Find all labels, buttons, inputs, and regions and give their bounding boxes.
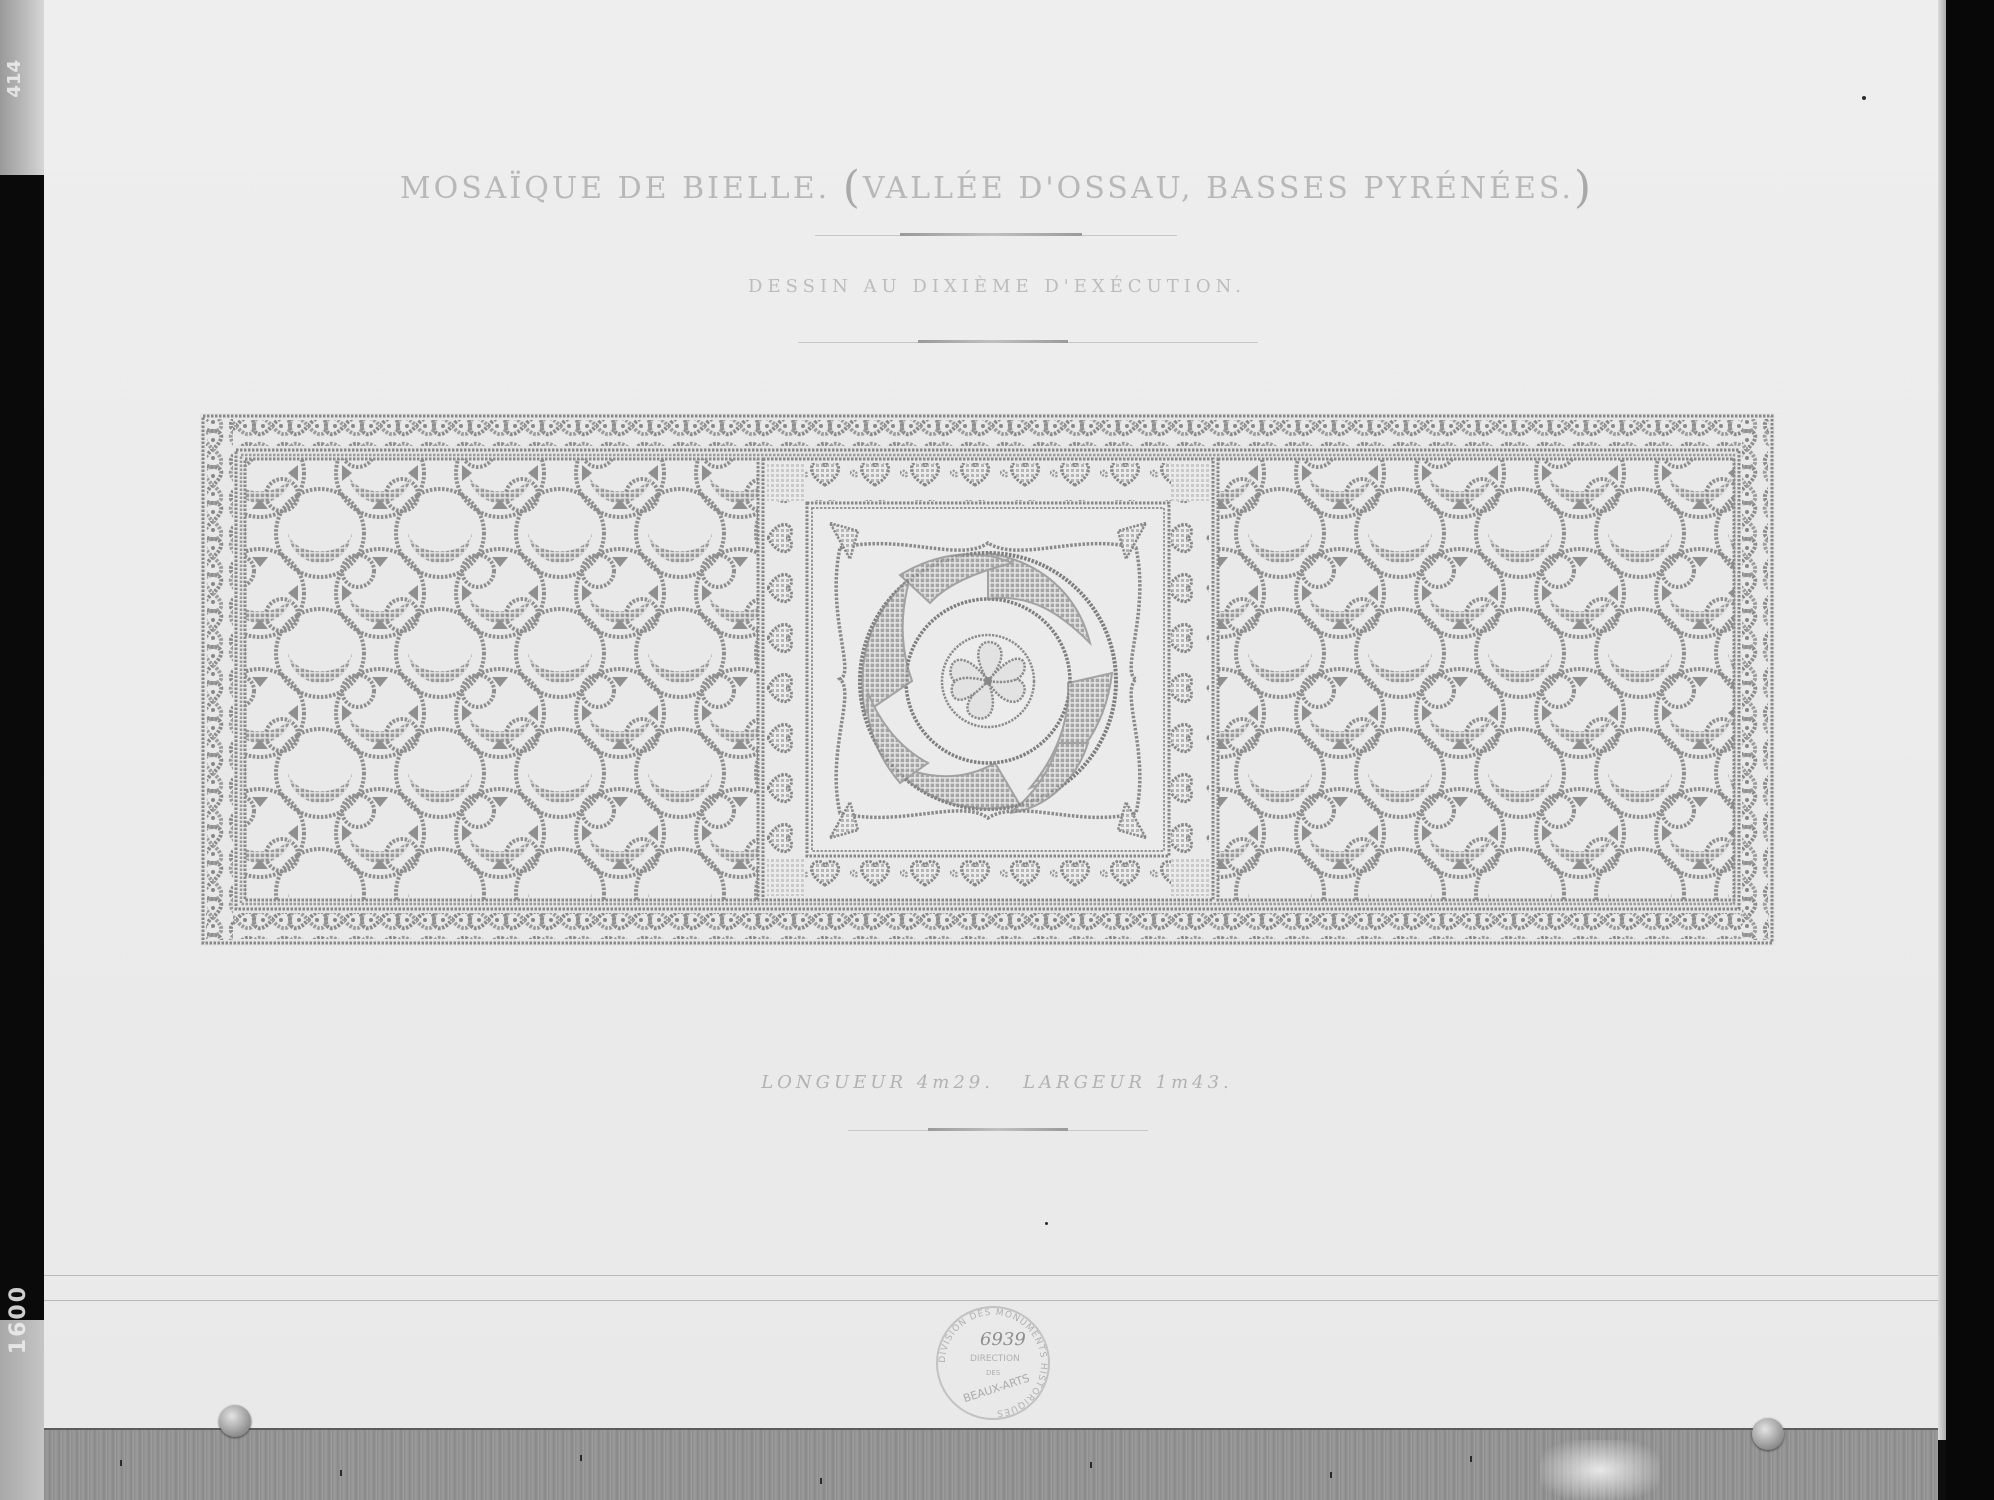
dust-speck [1330,1472,1332,1478]
dust-speck [1470,1456,1472,1462]
archive-stamp: DIVISION DES MONUMENTS HISTORIQUES 6939 … [918,1303,1068,1423]
guilloche-top [206,420,1769,446]
width-value: 1m43. [1156,1072,1233,1093]
width-label: LARGEUR [1023,1072,1146,1093]
plate-subtitle: DESSIN AU DIXIÈME D'EXÉCUTION. [0,276,1994,297]
right-film-border [1946,0,1994,1500]
subtitle-rule-thick [918,340,1068,343]
mosaic-drawing [200,413,1775,946]
length-value: 4m29. [917,1072,994,1093]
left-pelta-field [245,459,758,900]
guilloche-right [1742,419,1768,940]
guilloche-bottom [206,913,1769,939]
mount-pin-right [1752,1418,1784,1450]
length-label: LONGUEUR [761,1072,907,1093]
left-film-border [0,175,44,1325]
title-paren-close: ) [1574,162,1594,213]
title-right: VALLÉE D'OSSAU, BASSES PYRÉNÉES. [863,171,1574,206]
dust-speck [1862,96,1866,100]
stamp-number: 6939 [980,1329,1026,1350]
left-tab-number: 414 [4,60,40,98]
right-pelta-field [1218,459,1734,900]
dims-rule-thick [928,1128,1068,1131]
dust-speck [120,1460,122,1466]
dust-speck [340,1470,342,1476]
dust-speck [1090,1462,1092,1468]
left-index-tab: 414 [0,0,44,175]
bottom-tab-number: 1600 [6,1285,31,1354]
stamp-des: DES [986,1369,1001,1377]
mount-pin-left [219,1405,251,1437]
guilloche-left [207,419,233,940]
stamp-direction: DIRECTION [970,1354,1020,1364]
title-paren-open: ( [843,162,863,213]
center-emblem-panel [763,459,1213,900]
title-left: MOSAÏQUE DE BIELLE. [400,171,830,206]
title-rule-thick [900,233,1082,236]
dust-speck [580,1455,582,1461]
light-flare [1540,1440,1660,1500]
plate-title: MOSAÏQUE DE BIELLE. (VALLÉE D'OSSAU, BAS… [0,162,1994,213]
dust-speck [820,1478,822,1484]
dust-speck [1045,1222,1048,1225]
plate-dimensions: LONGUEUR 4m29. LARGEUR 1m43. [0,1072,1994,1093]
